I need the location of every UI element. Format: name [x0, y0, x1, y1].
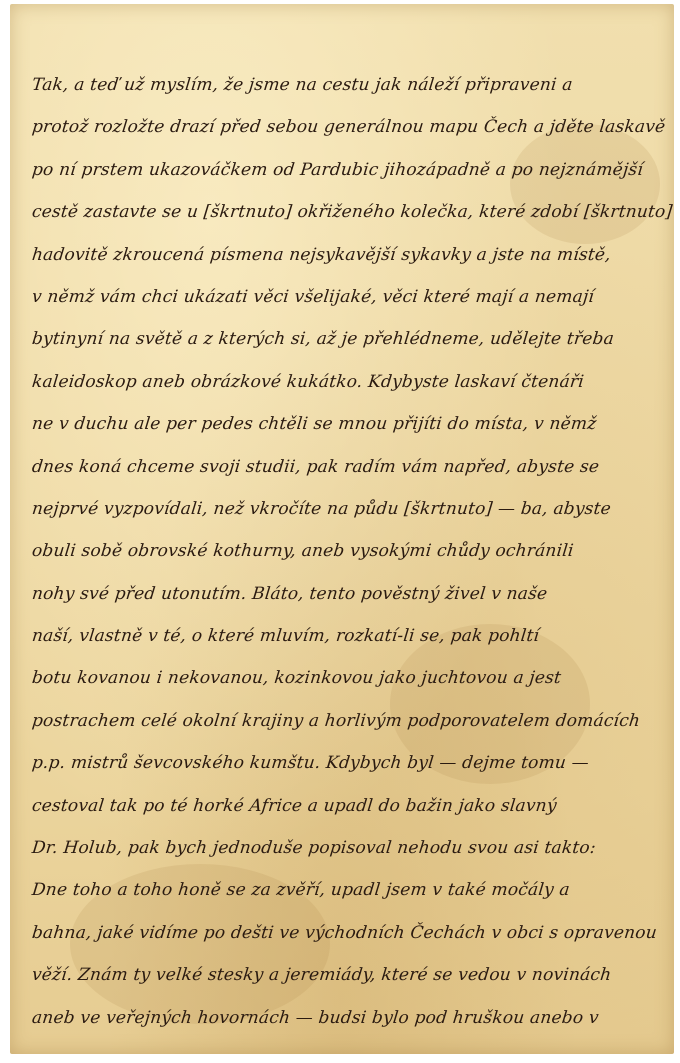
text-line: protož rozložte drazí před sebou generál…: [30, 108, 664, 146]
text-line: bytinyní na světě a z kterých si, až je …: [30, 320, 664, 358]
text-line: cestě zastavte se u [škrtnuto] okřiženéh…: [30, 193, 664, 231]
text-line: kaleidoskop aneb obrázkové kukátko. Kdyb…: [30, 363, 664, 401]
text-line: obuli sobě obrovské kothurny, aneb vysok…: [30, 532, 664, 570]
text-line: postrachem celé okolní krajiny a horlivý…: [30, 702, 664, 740]
text-line: věží. Znám ty velké stesky a jeremiády, …: [30, 956, 664, 994]
text-line: v němž vám chci ukázati věci všelijaké, …: [30, 278, 664, 316]
text-line: po ní prstem ukazováčkem od Pardubic jih…: [30, 151, 664, 189]
text-line: aneb ve veřejných hovornách — budsi bylo…: [30, 999, 664, 1037]
text-line: Dr. Holub, pak bych jednoduše popisoval …: [30, 829, 664, 867]
text-line: nejprvé vyzpovídali, než vkročíte na půd…: [30, 490, 664, 528]
text-line: botu kovanou i nekovanou, kozinkovou jak…: [30, 659, 664, 697]
text-line: bahna, jaké vidíme po dešti ve východníc…: [30, 914, 664, 952]
text-line: Dne toho a toho honě se za zvěří, upadl …: [30, 871, 664, 909]
text-line: nohy své před utonutím. Bláto, tento pov…: [30, 575, 664, 613]
text-line: hadovitě zkroucená písmena nejsykavější …: [30, 236, 664, 274]
text-line: ne v duchu ale per pedes chtěli se mnou …: [30, 405, 664, 443]
manuscript-page: Tak, a teď už myslím, že jsme na cestu j…: [10, 4, 674, 1054]
text-line: cestoval tak po té horké Africe a upadl …: [30, 787, 664, 825]
text-line: Tak, a teď už myslím, že jsme na cestu j…: [30, 66, 664, 104]
text-line: naší, vlastně v té, o které mluvím, rozk…: [30, 617, 664, 655]
text-line: p.p. mistrů ševcovského kumštu. Kdybych …: [30, 744, 664, 782]
handwritten-text: Tak, a teď už myslím, že jsme na cestu j…: [32, 66, 662, 1041]
text-line: dnes koná chceme svoji studii, pak radím…: [30, 448, 664, 486]
